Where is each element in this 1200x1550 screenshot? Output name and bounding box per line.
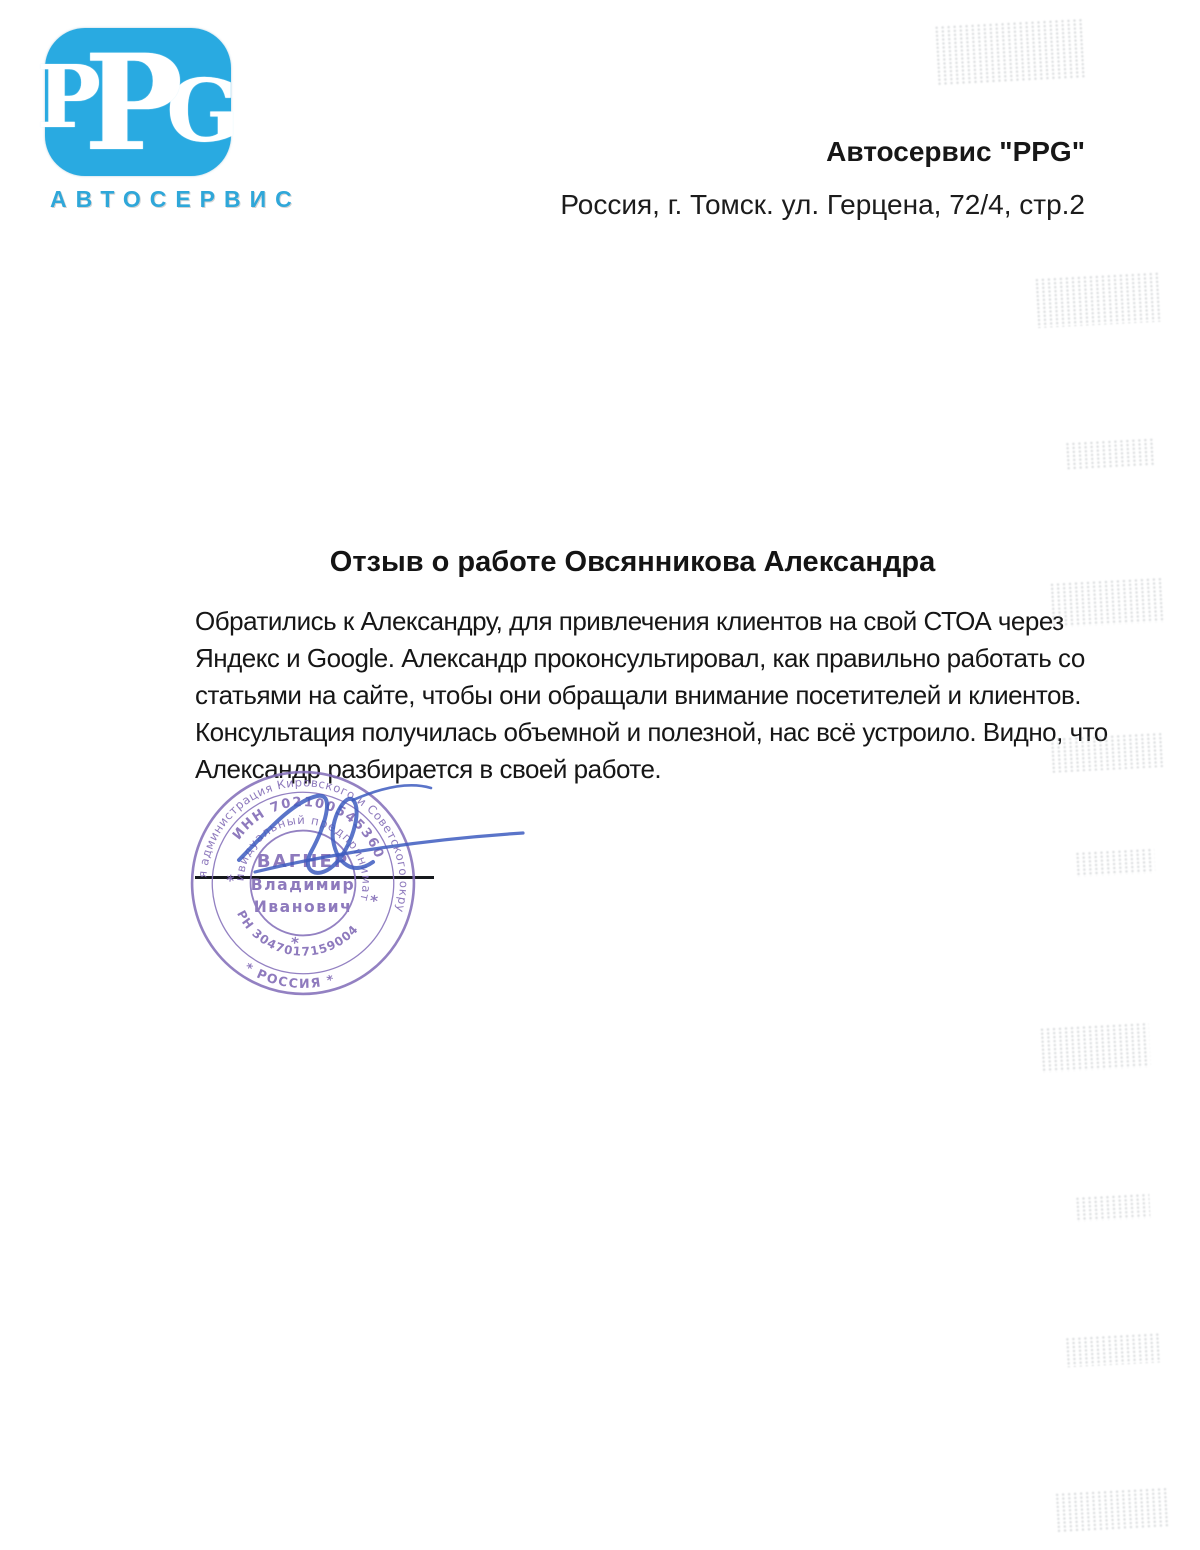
scan-artifact (1049, 577, 1166, 628)
company-address: Россия, г. Томск. ул. Герцена, 72/4, стр… (560, 189, 1085, 221)
body-line: Консультация получилась объемной и полез… (195, 714, 1095, 751)
signature-flourish (255, 833, 523, 872)
scan-artifact (1049, 732, 1166, 773)
document-title: Отзыв о работе Овсянникова Александра (195, 546, 1070, 579)
scan-artifact (1074, 848, 1155, 877)
scan-artifact (1074, 1193, 1150, 1222)
logo-letter-p2: P (84, 38, 183, 170)
scan-artifact (1054, 1487, 1171, 1533)
body-line: Обратились к Александру, для привлечения… (195, 603, 1095, 640)
scanned-letter-page: { "logo": { "letters": ["P", "P", "G"], … (0, 0, 1200, 1550)
document-body: Обратились к Александру, для привлечения… (195, 603, 1095, 788)
scan-artifact (1064, 438, 1155, 471)
logo-subtitle: АВТОСЕРВИС (50, 186, 301, 213)
scan-artifact (1034, 272, 1161, 328)
ppg-logo: P P G (45, 28, 231, 176)
handwritten-signature (225, 778, 545, 918)
body-line: статьями на сайте, чтобы они обращали вн… (195, 677, 1095, 714)
signature-tail (353, 785, 431, 800)
scan-artifact (1064, 1333, 1160, 1368)
scan-artifact (1039, 1022, 1151, 1073)
company-name: Автосервис "PPG" (560, 136, 1085, 168)
body-line: Яндекс и Google. Александр проконсультир… (195, 640, 1095, 677)
letterhead-block: Автосервис "PPG" Россия, г. Томск. ул. Г… (560, 136, 1085, 221)
ppg-logo-letters: P P G (36, 36, 239, 168)
scan-artifact (934, 18, 1087, 86)
